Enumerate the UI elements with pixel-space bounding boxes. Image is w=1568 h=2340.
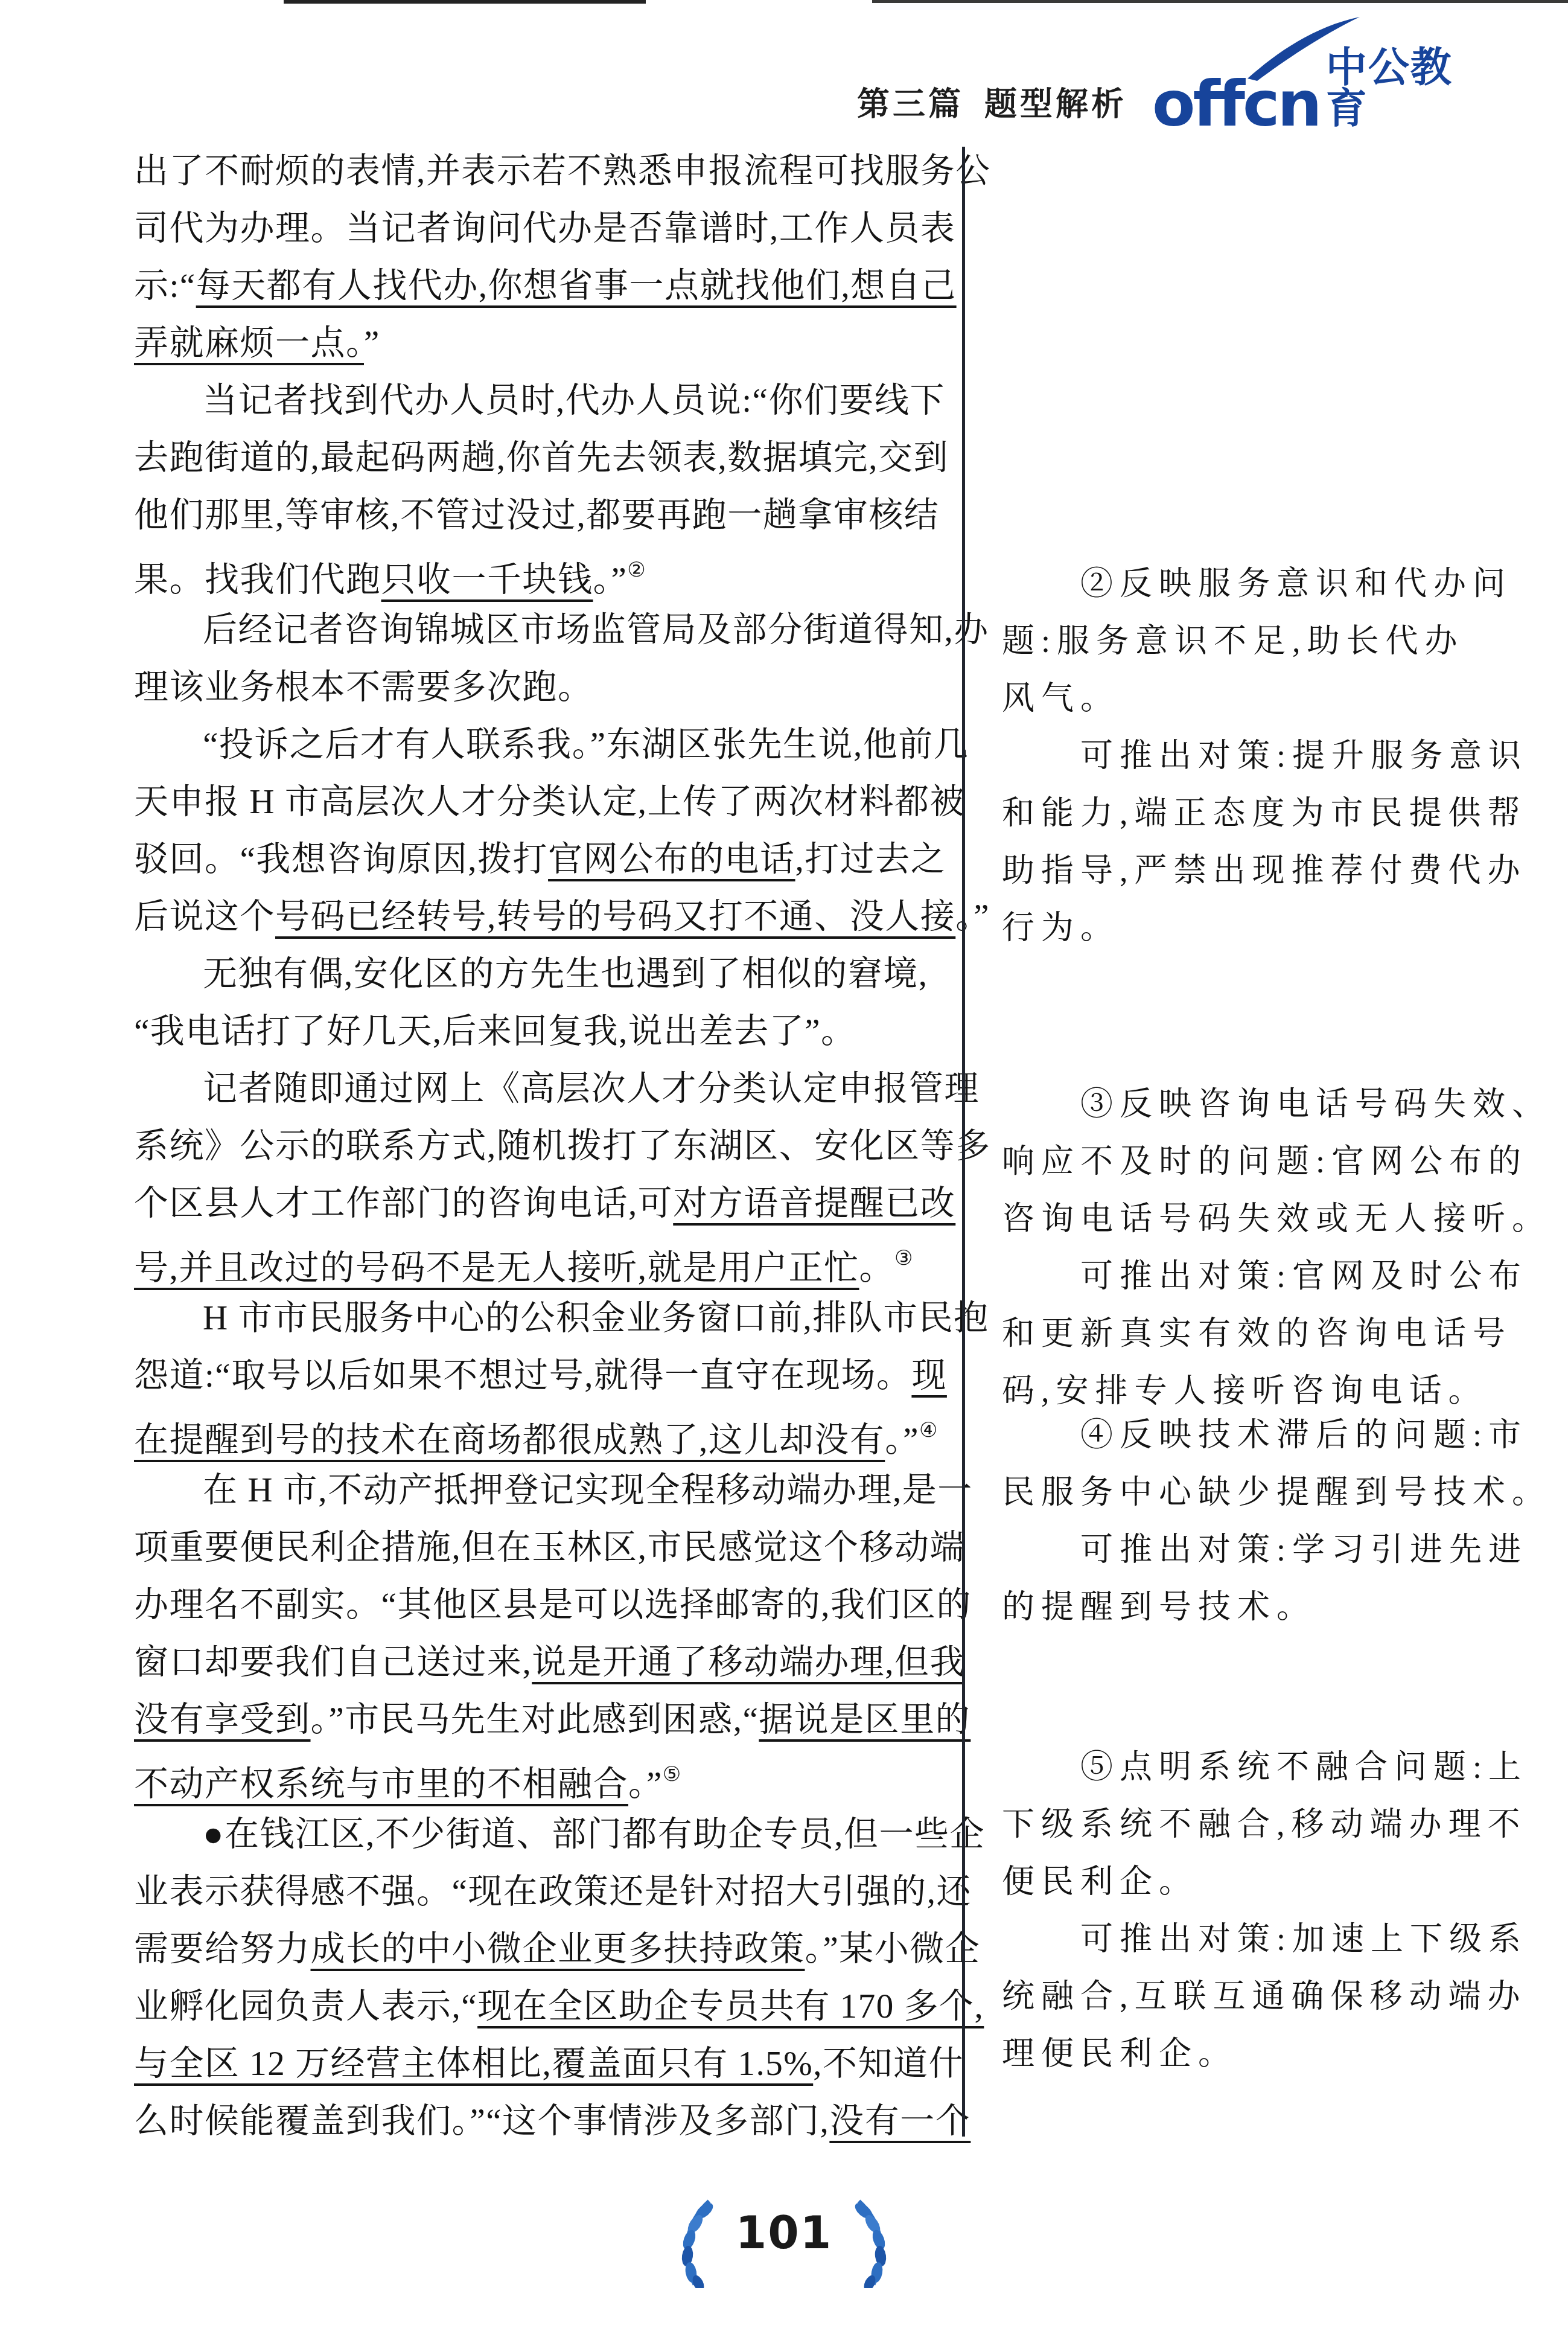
main-text: 出了不耐烦的表情,并表示若不熟悉申报流程可找服务公司代为办理。当记者询问代办是否… xyxy=(134,142,949,2150)
scan-edge-artifact xyxy=(872,0,1568,3)
text-segment: 。 xyxy=(859,1249,895,1287)
body-text-line: 果。找我们代跑只收一千块钱。”② xyxy=(134,544,949,601)
text-segment: “我电话打了好几天,后来回复我,说出差去了”。 xyxy=(134,1012,856,1050)
body-text-line: 项重要便民利企措施,但在玉林区,市民感觉这个移动端 xyxy=(134,1519,949,1576)
text-segment: ,打过去之 xyxy=(795,840,946,878)
text-segment: 。” xyxy=(885,1421,919,1459)
text-segment: 他们那里,等审核,不管过没过,都要再跑一趟拿审核结 xyxy=(134,496,939,534)
margin-note-line: ⑤点明系统不融合问题:上 xyxy=(1002,1739,1545,1796)
text-segment: 司代为办理。当记者询问代办是否靠谱时,工作人员表 xyxy=(134,209,955,248)
margin-note-line: 可推出对策:提升服务意识 xyxy=(1002,727,1545,785)
text-segment: 业表示获得感不强。“现在政策还是针对招大引强的,还 xyxy=(134,1873,972,1911)
text-segment: 去跑街道的,最起码两趟,你首先去领表,数据填完,交到 xyxy=(134,439,949,477)
offcn-logo: offcn 中公教育 xyxy=(1152,47,1490,134)
body-text-line: 号,并且改过的号码不是无人接听,就是用户正忙。③ xyxy=(134,1232,949,1290)
body-text-line: 后说这个号码已经转号,转号的号码又打不通、没人接。” xyxy=(134,888,949,945)
text-segment: 需要给努力 xyxy=(134,1930,311,1968)
underlined-text: 没有一个 xyxy=(829,2102,970,2140)
page-header: 第三篇题型解析 offcn 中公教育 xyxy=(857,47,1490,134)
underlined-text: 成长的中小微企业更多扶持政策 xyxy=(311,1930,805,1968)
body-text-line: 驳回。“我想咨询原因,拨打官网公布的电话,打过去之 xyxy=(134,831,949,888)
text-segment: 出了不耐烦的表情,并表示若不熟悉申报流程可找服务公 xyxy=(134,152,991,190)
margin-note-line: 便民利企。 xyxy=(1002,1853,1545,1911)
underlined-text: 不动产权系统与市里的不相融合 xyxy=(134,1765,628,1803)
margin-note-line: ②反映服务意识和代办问 xyxy=(1002,555,1545,613)
underlined-text: 只收一千块钱 xyxy=(381,561,593,599)
margin-note-line: 响应不及时的问题:官网公布的 xyxy=(1002,1133,1545,1191)
underlined-text: 官网公布的电话 xyxy=(548,840,795,878)
body-text-line: 不动产权系统与市里的不相融合。”⑤ xyxy=(134,1748,949,1806)
margin-note: ③反映咨询电话号码失效、响应不及时的问题:官网公布的咨询电话号码失效或无人接听。… xyxy=(1002,1076,1545,1420)
margin-note-line: 的提醒到号技术。 xyxy=(1002,1579,1545,1636)
body-text-line: 与全区 12 万经营主体相比,覆盖面只有 1.5%,不知道什 xyxy=(134,2035,949,2092)
body-text-line: 出了不耐烦的表情,并表示若不熟悉申报流程可找服务公 xyxy=(134,142,949,200)
margin-note: ⑤点明系统不融合问题:上下级系统不融合,移动端办理不便民利企。可推出对策:加速上… xyxy=(1002,1739,1545,2083)
text-segment: 。”市民马先生对此感到困惑,“ xyxy=(311,1701,759,1739)
text-segment: ” xyxy=(364,324,380,362)
chapter-section: 第三篇 xyxy=(857,86,964,123)
underlined-text: 弄就麻烦一点。 xyxy=(134,324,364,362)
scan-edge-artifact xyxy=(284,0,646,4)
text-segment: 么时候能覆盖到我们。”“这个事情涉及多部门, xyxy=(134,2102,829,2140)
text-segment: 记者随即通过网上《高层次人才分类认定申报管理 xyxy=(203,1070,980,1108)
body-text-line: 后经记者咨询锦城区市场监管局及部分街道得知,办 xyxy=(134,601,949,659)
underlined-text: 据说是区里的 xyxy=(759,1701,970,1739)
body-text-line: 办理名不副实。“其他区县是可以选择邮寄的,我们区的 xyxy=(134,1576,949,1634)
body-text-line: 无独有偶,安化区的方先生也遇到了相似的窘境, xyxy=(134,945,949,1003)
text-segment: H 市市民服务中心的公积金业务窗口前,排队市民抱 xyxy=(203,1299,989,1337)
margin-note-line: 和更新真实有效的咨询电话号 xyxy=(1002,1305,1545,1363)
margin-note-line: 行为。 xyxy=(1002,900,1545,957)
margin-note-line: 题:服务意识不足,助长代办 xyxy=(1002,613,1545,670)
footnote-marker: ② xyxy=(627,559,645,581)
text-segment: ●在钱江区,不少街道、部门都有助企专员,但一些企 xyxy=(203,1815,985,1853)
text-segment: 。” xyxy=(628,1765,663,1803)
text-segment: 在 H 市,不动产抵押登记实现全程移动端办理,是一 xyxy=(203,1471,973,1509)
chapter-heading: 第三篇题型解析 xyxy=(857,88,1127,134)
page-footer: 101 xyxy=(0,2198,1568,2288)
text-segment: 系统》公示的联系方式,随机拨打了东湖区、安化区等多 xyxy=(134,1127,991,1165)
underlined-text: 没有享受到 xyxy=(134,1701,311,1739)
text-segment: 业孵化园负责人表示,“ xyxy=(134,1987,477,2025)
body-text-line: 去跑街道的,最起码两趟,你首先去领表,数据填完,交到 xyxy=(134,429,949,487)
body-text-line: 业孵化园负责人表示,“现在全区助企专员共有 170 多个, xyxy=(134,1978,949,2035)
body-text-line: 没有享受到。”市民马先生对此感到困惑,“据说是区里的 xyxy=(134,1691,949,1748)
text-segment: 后经记者咨询锦城区市场监管局及部分街道得知,办 xyxy=(203,611,989,649)
body-text-line: “投诉之后才有人联系我。”东湖区张先生说,他前几 xyxy=(134,716,949,773)
margin-note-line: 可推出对策:加速上下级系 xyxy=(1002,1911,1545,1968)
page-number: 101 xyxy=(736,2198,832,2255)
margin-note-line: 可推出对策:官网及时公布 xyxy=(1002,1248,1545,1305)
body-text-line: 记者随即通过网上《高层次人才分类认定申报管理 xyxy=(134,1060,949,1117)
text-segment: 窗口却要我们自己送过来, xyxy=(134,1643,532,1681)
body-text-line: 当记者找到代办人员时,代办人员说:“你们要线下 xyxy=(134,372,949,429)
underlined-text: 在提醒到号的技术在商场都很成熟了,这儿却没有 xyxy=(134,1421,885,1459)
margin-note: ②反映服务意识和代办问题:服务意识不足,助长代办风气。可推出对策:提升服务意识和… xyxy=(1002,555,1545,957)
text-segment: 项重要便民利企措施,但在玉林区,市民感觉这个移动端 xyxy=(134,1529,965,1567)
margin-note-line: 下级系统不融合,移动端办理不 xyxy=(1002,1796,1545,1853)
body-text-line: 弄就麻烦一点。” xyxy=(134,315,949,372)
underlined-text: 每天都有人找代办,你想省事一点就找他们,想自己 xyxy=(196,267,957,305)
logo-swoosh-icon xyxy=(1241,16,1362,82)
body-text-line: 系统》公示的联系方式,随机拨打了东湖区、安化区等多 xyxy=(134,1117,949,1175)
body-text-line: 个区县人才工作部门的咨询电话,可对方语音提醒已改 xyxy=(134,1175,949,1232)
body-text-line: 窗口却要我们自己送过来,说是开通了移动端办理,但我 xyxy=(134,1634,949,1691)
column-divider-line xyxy=(962,147,965,2137)
margin-note-line: ④反映技术滞后的问题:市 xyxy=(1002,1407,1545,1464)
text-segment: 无独有偶,安化区的方先生也遇到了相似的窘境, xyxy=(203,955,928,993)
margin-note-line: 和能力,端正态度为市民提供帮 xyxy=(1002,785,1545,842)
underlined-text: 现在全区助企专员共有 170 多个, xyxy=(477,1987,984,2025)
margin-note-line: 理便民利企。 xyxy=(1002,2025,1545,2083)
text-segment: 驳回。“我想咨询原因,拨打 xyxy=(134,840,548,878)
text-segment: 后说这个 xyxy=(134,898,275,936)
text-segment: 当记者找到代办人员时,代办人员说:“你们要线下 xyxy=(203,382,945,420)
margin-note-line: 风气。 xyxy=(1002,670,1545,727)
laurel-left-icon xyxy=(662,2198,720,2288)
laurel-right-icon xyxy=(848,2198,906,2288)
body-text-line: 天申报 H 市高层次人才分类认定,上传了两次材料都被 xyxy=(134,773,949,831)
text-segment: 理该业务根本不需要多次跑。 xyxy=(134,668,593,706)
body-text-line: ●在钱江区,不少街道、部门都有助企专员,但一些企 xyxy=(134,1806,949,1863)
margin-note-line: 助指导,严禁出现推荐付费代办 xyxy=(1002,842,1545,900)
logo-latin-text: offcn xyxy=(1152,74,1320,134)
margin-note-line: 咨询电话号码失效或无人接听。 xyxy=(1002,1191,1545,1248)
text-segment: ,不知道什 xyxy=(813,2045,964,2083)
text-segment: 示:“ xyxy=(134,267,196,305)
body-text-line: 么时候能覆盖到我们。”“这个事情涉及多部门,没有一个 xyxy=(134,2092,949,2150)
underlined-text: 现 xyxy=(911,1357,947,1395)
text-segment: 个区县人才工作部门的咨询电话,可 xyxy=(134,1184,673,1223)
underlined-text: 号,并且改过的号码不是无人接听,就是用户正忙 xyxy=(134,1249,859,1287)
text-segment: “投诉之后才有人联系我。”东湖区张先生说,他前几 xyxy=(203,726,969,764)
body-text-line: 示:“每天都有人找代办,你想省事一点就找他们,想自己 xyxy=(134,257,949,315)
footnote-marker: ⑤ xyxy=(663,1763,681,1786)
body-text-line: 需要给努力成长的中小微企业更多扶持政策。”某小微企 xyxy=(134,1920,949,1978)
body-text-line: 怨道:“取号以后如果不想过号,就得一直守在现场。现 xyxy=(134,1347,949,1404)
text-segment: 办理名不副实。“其他区县是可以选择邮寄的,我们区的 xyxy=(134,1586,972,1624)
body-text-line: “我电话打了好几天,后来回复我,说出差去了”。 xyxy=(134,1003,949,1060)
underlined-text: 与全区 12 万经营主体相比,覆盖面只有 1.5% xyxy=(134,2045,813,2083)
text-segment: 。” xyxy=(955,898,990,936)
body-text-line: 理该业务根本不需要多次跑。 xyxy=(134,659,949,716)
body-text-line: 在 H 市,不动产抵押登记实现全程移动端办理,是一 xyxy=(134,1462,949,1519)
text-segment: 天申报 H 市高层次人才分类认定,上传了两次材料都被 xyxy=(134,783,965,821)
margin-note-line: 可推出对策:学习引进先进 xyxy=(1002,1521,1545,1579)
text-segment: 。” xyxy=(593,561,628,599)
body-text-line: H 市市民服务中心的公积金业务窗口前,排队市民抱 xyxy=(134,1290,949,1347)
margin-note-line: 统融合,互联互通确保移动端办 xyxy=(1002,1968,1545,2025)
underlined-text: 号码已经转号,转号的号码又打不通、没人接 xyxy=(275,898,955,936)
text-segment: 果。找我们代跑 xyxy=(134,561,381,599)
text-segment: 。”某小微企 xyxy=(805,1930,981,1968)
text-segment: 怨道:“取号以后如果不想过号,就得一直守在现场。 xyxy=(134,1357,911,1395)
underlined-text: 对方语音提醒已改 xyxy=(673,1184,955,1223)
chapter-subtitle: 题型解析 xyxy=(984,86,1127,123)
margin-note-line: ③反映咨询电话号码失效、 xyxy=(1002,1076,1545,1133)
underlined-text: 说是开通了移动端办理,但我 xyxy=(532,1643,965,1681)
body-text-line: 在提醒到号的技术在商场都很成熟了,这儿却没有。”④ xyxy=(134,1404,949,1462)
margin-note: ④反映技术滞后的问题:市民服务中心缺少提醒到号技术。可推出对策:学习引进先进的提… xyxy=(1002,1407,1545,1636)
body-text-line: 业表示获得感不强。“现在政策还是针对招大引强的,还 xyxy=(134,1863,949,1920)
body-text-line: 他们那里,等审核,不管过没过,都要再跑一趟拿审核结 xyxy=(134,487,949,544)
footnote-marker: ③ xyxy=(894,1247,913,1270)
margin-note-line: 民服务中心缺少提醒到号技术。 xyxy=(1002,1464,1545,1521)
footnote-marker: ④ xyxy=(919,1419,937,1442)
body-text-line: 司代为办理。当记者询问代办是否靠谱时,工作人员表 xyxy=(134,200,949,257)
